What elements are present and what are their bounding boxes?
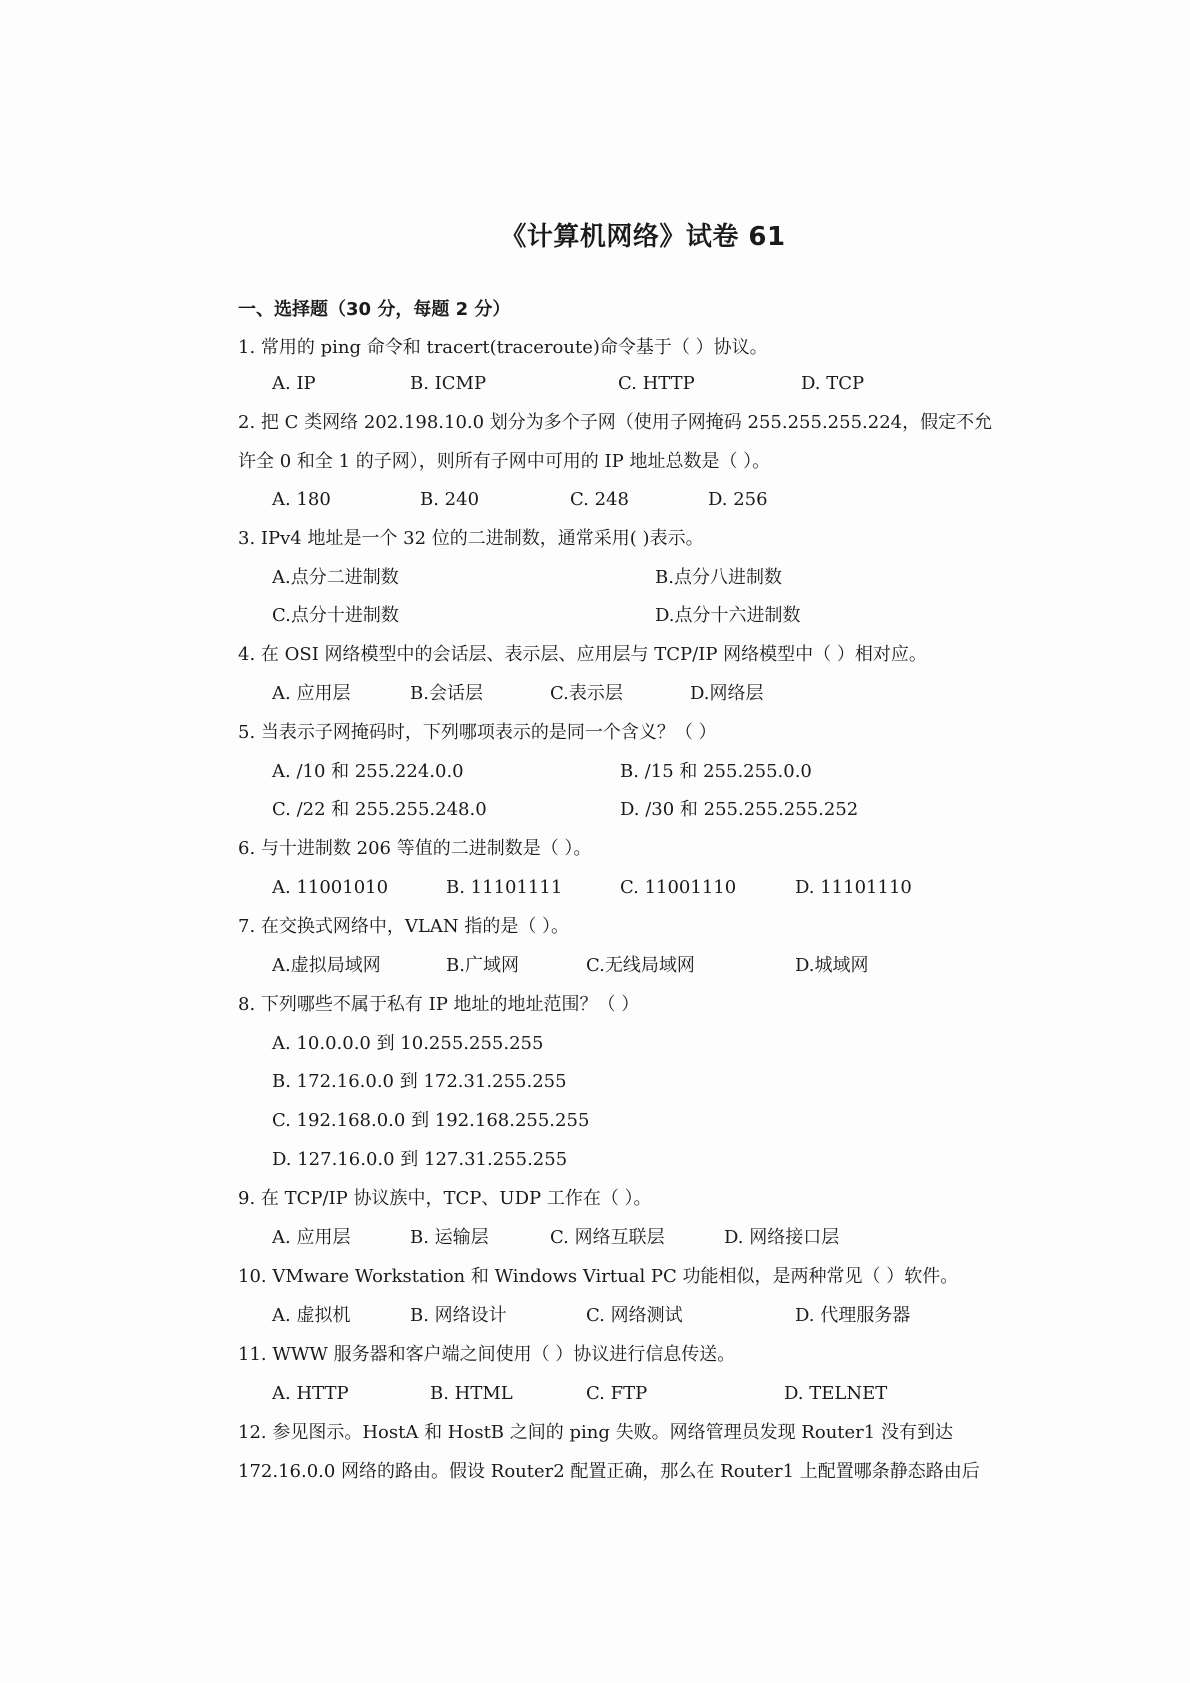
question-10-option-c: C. 网络测试: [586, 1304, 683, 1328]
question-11-option-a: A. HTTP: [272, 1382, 349, 1406]
question-5-option-d: D. /30 和 255.255.255.252: [620, 798, 858, 822]
question-2-option-c: C. 248: [570, 488, 629, 512]
question-9-option-b: B. 运输层: [410, 1226, 489, 1250]
question-4-option-a: A. 应用层: [272, 682, 350, 706]
question-5-option-c: C. /22 和 255.255.248.0: [272, 798, 487, 822]
question-10-option-a: A. 虚拟机: [272, 1304, 350, 1328]
question-3-option-a: A.点分二进制数: [272, 566, 399, 590]
question-1-text: 1. 常用的 ping 命令和 tracert(traceroute)命令基于（…: [238, 336, 768, 360]
question-9-option-d: D. 网络接口层: [724, 1226, 839, 1250]
question-1-option-d: D. TCP: [801, 372, 864, 396]
question-4-option-c: C.表示层: [550, 682, 623, 706]
question-6-option-a: A. 11001010: [272, 876, 388, 900]
question-10-option-d: D. 代理服务器: [795, 1304, 910, 1328]
question-3-option-c: C.点分十进制数: [272, 604, 399, 628]
question-6-text: 6. 与十进制数 206 等值的二进制数是（ ）。: [238, 837, 591, 861]
question-7-option-a: A.虚拟局域网: [272, 954, 381, 978]
question-3-option-d: D.点分十六进制数: [655, 604, 801, 628]
exam-title: 《计算机网络》试卷 61: [0, 216, 1190, 253]
question-2-option-d: D. 256: [708, 488, 768, 512]
question-7-option-c: C.无线局域网: [586, 954, 695, 978]
question-2-option-a: A. 180: [272, 488, 331, 512]
question-2-option-b: B. 240: [420, 488, 479, 512]
question-6-option-c: C. 11001110: [620, 876, 736, 900]
exam-page: 《计算机网络》试卷 61 一、选择题（30 分，每题 2 分） 1. 常用的 p…: [0, 0, 1190, 1683]
question-10-option-b: B. 网络设计: [410, 1304, 507, 1328]
question-5-option-b: B. /15 和 255.255.0.0: [620, 760, 812, 784]
question-11-option-b: B. HTML: [430, 1382, 513, 1406]
question-1-option-b: B. ICMP: [410, 372, 486, 396]
question-12-text-line-2: 172.16.0.0 网络的路由。假设 Router2 配置正确，那么在 Rou…: [238, 1460, 980, 1484]
question-8-option-d: D. 127.16.0.0 到 127.31.255.255: [272, 1148, 567, 1172]
question-8-option-c: C. 192.168.0.0 到 192.168.255.255: [272, 1109, 589, 1133]
question-4-text: 4. 在 OSI 网络模型中的会话层、表示层、应用层与 TCP/IP 网络模型中…: [238, 643, 927, 667]
question-9-option-a: A. 应用层: [272, 1226, 350, 1250]
question-11-option-c: C. FTP: [586, 1382, 647, 1406]
question-2-text-line-1: 2. 把 C 类网络 202.198.10.0 划分为多个子网（使用子网掩码 2…: [238, 411, 992, 435]
question-5-text: 5. 当表示子网掩码时，下列哪项表示的是同一个含义？（ ）: [238, 721, 717, 745]
question-6-option-b: B. 11101111: [446, 876, 562, 900]
section-heading-multiple-choice: 一、选择题（30 分，每题 2 分）: [238, 295, 510, 321]
question-1-option-c: C. HTTP: [618, 372, 695, 396]
question-6-option-d: D. 11101110: [795, 876, 912, 900]
question-5-option-a: A. /10 和 255.224.0.0: [272, 760, 464, 784]
question-3-option-b: B.点分八进制数: [655, 566, 782, 590]
question-4-option-d: D.网络层: [690, 682, 764, 706]
question-4-option-b: B.会话层: [410, 682, 483, 706]
question-1-option-a: A. IP: [272, 372, 316, 396]
question-8-option-a: A. 10.0.0.0 到 10.255.255.255: [272, 1032, 543, 1056]
question-7-text: 7. 在交换式网络中，VLAN 指的是（ ）。: [238, 915, 569, 939]
question-8-option-b: B. 172.16.0.0 到 172.31.255.255: [272, 1070, 567, 1094]
question-9-option-c: C. 网络互联层: [550, 1226, 665, 1250]
question-11-option-d: D. TELNET: [784, 1382, 887, 1406]
question-11-text: 11. WWW 服务器和客户端之间使用（ ）协议进行信息传送。: [238, 1343, 735, 1367]
question-12-text-line-1: 12. 参见图示。HostA 和 HostB 之间的 ping 失败。网络管理员…: [238, 1421, 953, 1445]
question-9-text: 9. 在 TCP/IP 协议族中，TCP、UDP 工作在（ ）。: [238, 1187, 652, 1211]
question-10-text: 10. VMware Workstation 和 Windows Virtual…: [238, 1265, 958, 1289]
question-2-text-line-2: 许全 0 和全 1 的子网），则所有子网中可用的 IP 地址总数是（ ）。: [238, 450, 770, 474]
question-8-text: 8. 下列哪些不属于私有 IP 地址的地址范围？（ ）: [238, 993, 639, 1017]
question-3-text: 3. IPv4 地址是一个 32 位的二进制数，通常采用( )表示。: [238, 527, 704, 551]
question-7-option-d: D.城域网: [795, 954, 869, 978]
question-7-option-b: B.广域网: [446, 954, 519, 978]
